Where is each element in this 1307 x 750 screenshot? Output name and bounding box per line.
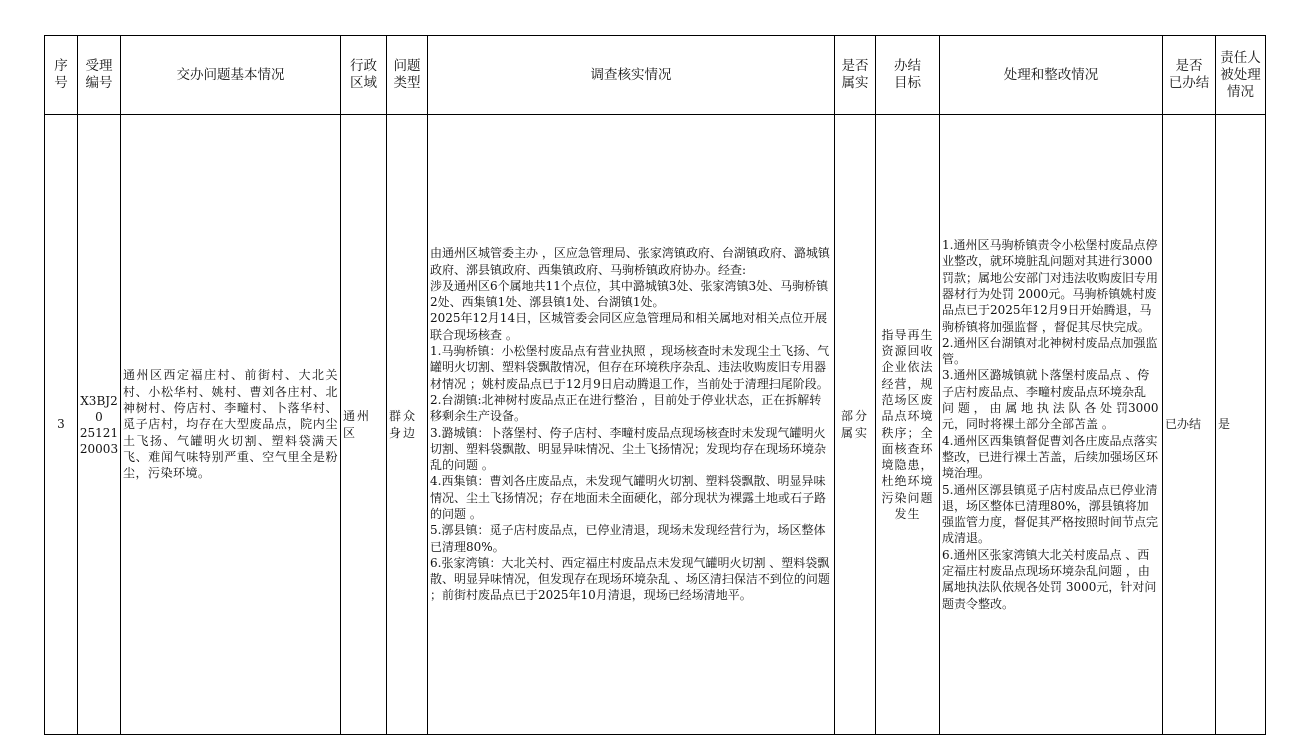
cell-investigation: 由通州区城管委主办 ，区应急管理局、张家湾镇政府、台湖镇政府、潞城镇政府、漷县镇… (428, 115, 835, 735)
cell-accountability: 是 (1216, 115, 1266, 735)
header-accountability: 责任人 被处理 情况 (1216, 36, 1266, 115)
cell-issue: 通州区西定福庄村、前街村、大北关村、小松华村、姚村、曹刘各庄村、北神树村、侉店村… (121, 115, 341, 735)
cell-verified: 部分 属实 (835, 115, 876, 735)
header-issue: 交办问题基本情况 (121, 36, 341, 115)
header-target: 办结 目标 (876, 36, 940, 115)
cell-closed: 已办结 (1163, 115, 1216, 735)
header-seq: 序 号 (45, 36, 78, 115)
table-row: 3 X3BJ2 0 25121 20003 通州区西定福庄村、前街村、大北关村、… (45, 115, 1266, 735)
header-row: 序 号 受理 编号 交办问题基本情况 行政 区域 问题 类型 调查核实情况 是否… (45, 36, 1266, 115)
cell-handling: 1.通州区马驹桥镇责令小松堡村废品点停业整改，就环境脏乱问题对其进行3000罚款… (940, 115, 1163, 735)
cell-seq: 3 (45, 115, 78, 735)
cell-case-id: X3BJ2 0 25121 20003 (78, 115, 121, 735)
header-issue-type: 问题 类型 (387, 36, 428, 115)
cell-target: 指导再生资源回收企业依法经营，规范场区废品点环境秩序；全面核查环境隐患，杜绝环境… (876, 115, 940, 735)
cell-issue-type: 群众 身边 (387, 115, 428, 735)
header-investigation: 调查核实情况 (428, 36, 835, 115)
header-case-id: 受理 编号 (78, 36, 121, 115)
cell-district: 通州 区 (341, 115, 387, 735)
header-handling: 处理和整改情况 (940, 36, 1163, 115)
case-report-table: 序 号 受理 编号 交办问题基本情况 行政 区域 问题 类型 调查核实情况 是否… (44, 35, 1266, 735)
header-closed: 是否 已办结 (1163, 36, 1216, 115)
header-district: 行政 区域 (341, 36, 387, 115)
header-verified: 是否 属实 (835, 36, 876, 115)
